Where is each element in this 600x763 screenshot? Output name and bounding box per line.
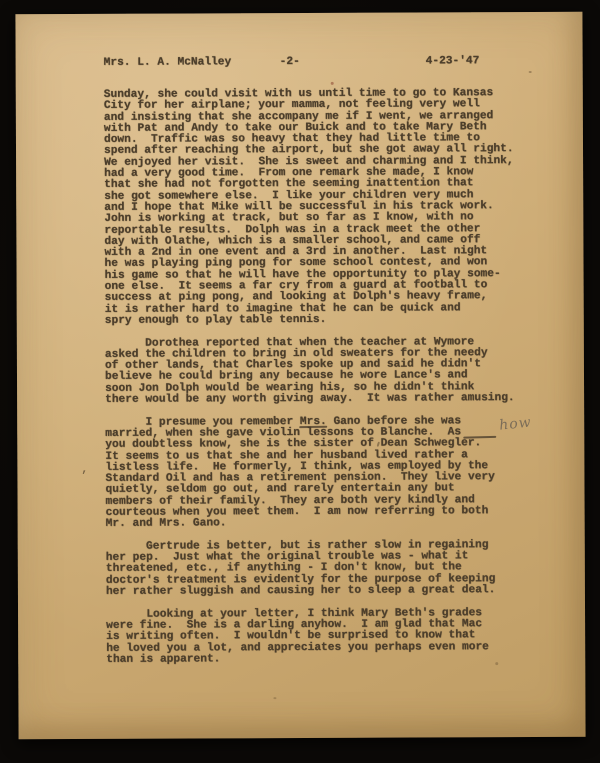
letter-paragraph-4: Gertrude is better, but is rather slow i… [106, 540, 556, 598]
paper-speck [331, 82, 334, 85]
letter-body: Sunday, she could visit with us until ti… [104, 88, 557, 666]
paper-speck [273, 697, 276, 699]
paper-speck [495, 662, 498, 665]
letter-paragraph-5: Looking at your letter, I think Mary Bet… [106, 608, 556, 666]
letter-header: Mrs. L. A. McNalley -2- 4-23-'47 [16, 56, 583, 72]
recipient-name: Mrs. L. A. McNalley [104, 57, 232, 69]
letter-paragraph-1: Sunday, she could visit with us until ti… [104, 88, 555, 327]
letter-page: Mrs. L. A. McNalley -2- 4-23-'47 Sunday,… [15, 12, 585, 739]
margin-pencil-mark: , [81, 464, 88, 476]
letter-paragraph-2: Dorothea reported that when the teacher … [105, 336, 555, 406]
letter-paragraph-3: I presume you remember Mrs. Gano before … [105, 415, 555, 530]
photo-background: Mrs. L. A. McNalley -2- 4-23-'47 Sunday,… [0, 0, 600, 763]
paper-speck [529, 71, 532, 73]
letter-date: 4-23-'47 [426, 56, 480, 68]
page-number: -2- [280, 57, 300, 68]
